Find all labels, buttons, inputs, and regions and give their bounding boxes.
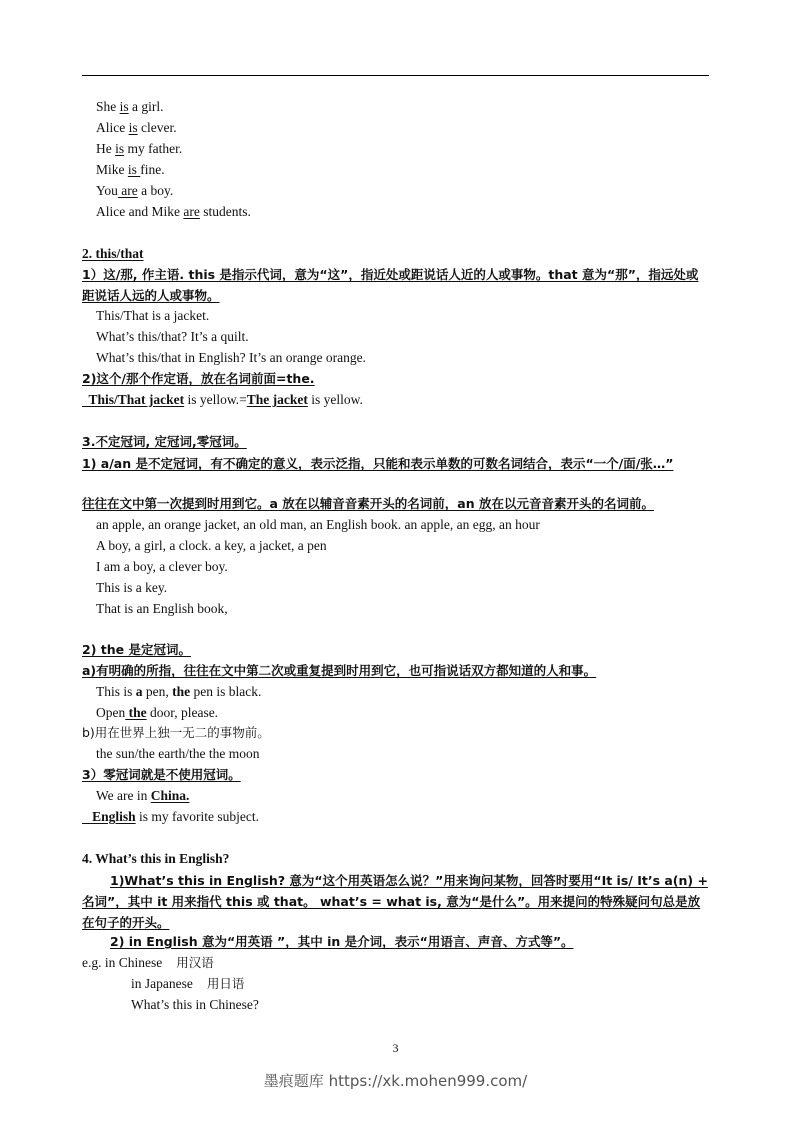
section-point: b)用在世界上独一无二的事物前。 [82,724,270,742]
example-line: A boy, a girl, a clock. a key, a jacket,… [96,537,327,555]
example-line: What’s this/that in English? It’s an ora… [96,349,366,367]
section-point: 1) a/an 是不定冠词，有不确定的意义，表示泛指，只能和表示单数的可数名词结… [82,453,712,474]
section-point: 2) in English 意为“用英语 ”，其中 in 是介词，表示“用语言、… [82,933,574,951]
example-line: the sun/the earth/the the moon [96,745,259,763]
example-line: e.g. in Chinese用汉语 [82,954,214,972]
page-number: 3 [0,1041,791,1056]
example-line: This/That is a jacket. [96,307,209,325]
section-heading: 4. What’s this in English? [82,850,229,868]
example-line: What’s this/that? It’s a quilt. [96,328,249,346]
example-line: Alice and Mike are students. [96,203,251,221]
example-line: This/That jacket is yellow.=The jacket i… [82,391,363,409]
example-line: That is an English book, [96,600,228,618]
example-line: Open the door, please. [96,704,218,722]
section-heading: 2. this/that [82,245,144,263]
example-line: You are a boy. [96,182,173,200]
section-point: 往往在文中第一次提到时用到它。a 放在以辅音音素开头的名词前，an 放在以元音音… [82,495,654,513]
header-rule [82,75,709,76]
example-line: an apple, an orange jacket, an old man, … [96,516,540,534]
example-line: This is a key. [96,579,167,597]
section-point: 1）这/那, 作主语. this 是指示代词，意为“这”，指近处或距说话人近的人… [82,264,710,306]
section-point: 1)What’s this in English? 意为“这个用英语怎么说？”用… [82,870,710,933]
example-line: English is my favorite subject. [82,808,259,826]
example-line: in Japanese用日语 [131,975,244,993]
example-line: Mike is fine. [96,161,165,179]
example-line: Alice is clever. [96,119,177,137]
example-line: I am a boy, a clever boy. [96,558,228,576]
watermark: 墨痕题库 https://xk.mohen999.com/ [0,1070,791,1091]
example-line: What’s this in Chinese? [131,996,259,1014]
example-line: He is my father. [96,140,182,158]
section-point: 3）零冠词就是不使用冠词。 [82,766,241,784]
section-point: a)有明确的所指，往往在文中第二次或重复提到时用到它，也可指说话双方都知道的人和… [82,662,596,680]
section-point: 2)这个/那个作定语，放在名词前面=the. [82,370,315,388]
section-point: 2) the 是定冠词。 [82,641,191,659]
example-line: She is a girl. [96,98,164,116]
example-line: We are in China. [96,787,189,805]
section-heading: 3.不定冠词, 定冠词,零冠词。 [82,433,247,451]
example-line: This is a pen, the pen is black. [96,683,261,701]
